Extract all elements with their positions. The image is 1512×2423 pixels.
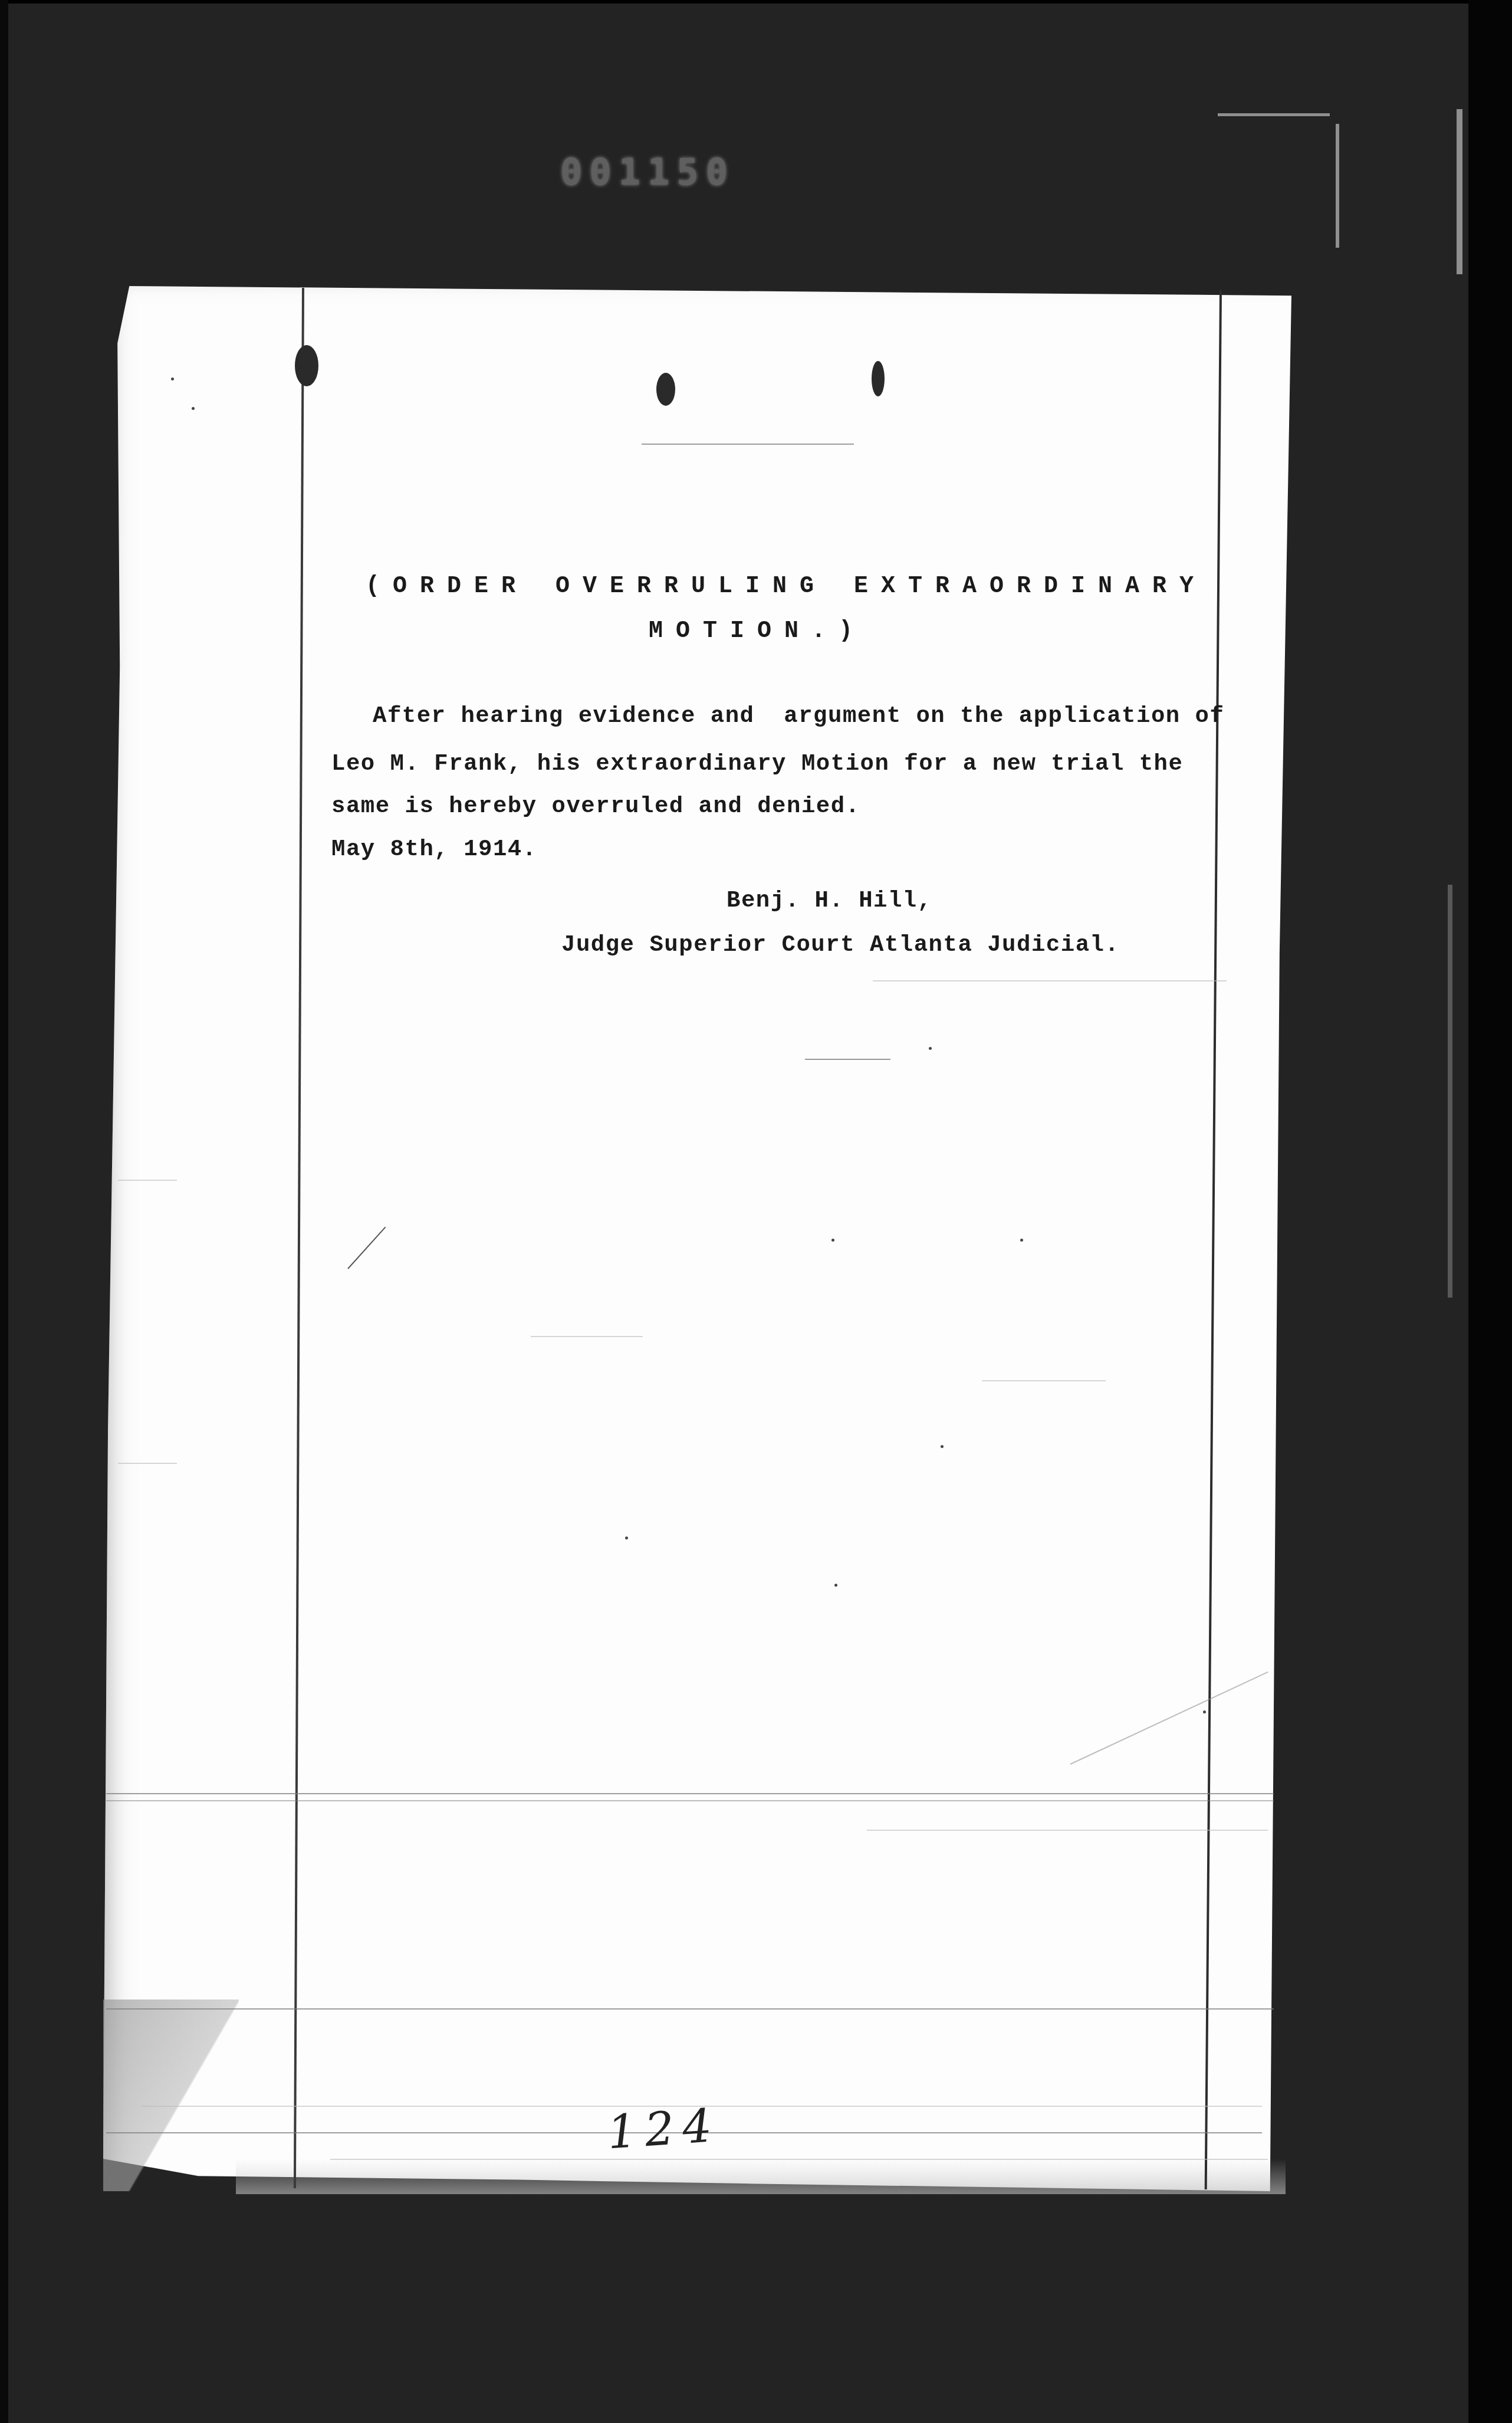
ruled-line xyxy=(805,1059,890,1060)
film-edge-mark xyxy=(1336,124,1339,248)
ruled-line xyxy=(118,1180,177,1181)
ruled-line xyxy=(531,1336,643,1337)
ruled-line xyxy=(642,444,854,445)
punch-hole-right xyxy=(872,361,885,396)
ruled-line xyxy=(118,1463,177,1464)
film-edge-mark xyxy=(1218,113,1330,116)
document-title-line-2: MOTION.) xyxy=(649,618,866,645)
paper-speck xyxy=(192,407,195,410)
document-date: May 8th, 1914. xyxy=(331,836,537,862)
folded-corner-shadow xyxy=(103,2000,239,2191)
ruled-line xyxy=(982,1380,1106,1381)
ruled-line xyxy=(873,980,1227,981)
paper-speck xyxy=(941,1445,944,1448)
body-line-1: After hearing evidence and argument on t… xyxy=(373,703,1224,729)
document-page xyxy=(103,286,1291,2191)
punch-hole-left xyxy=(295,345,318,386)
ruled-line xyxy=(867,1830,1268,1831)
paper-speck xyxy=(1203,1710,1206,1713)
punch-hole-center xyxy=(656,373,675,406)
paper-speck xyxy=(625,1536,628,1539)
body-line-3: same is hereby overruled and denied. xyxy=(331,793,860,819)
signature-title: Judge Superior Court Atlanta Judicial. xyxy=(561,932,1119,958)
ruled-line xyxy=(106,2008,1274,2010)
microfilm-frame-counter: 001150 xyxy=(560,150,735,193)
paper-speck xyxy=(831,1239,834,1242)
body-line-2: Leo M. Frank, his extraordinary Motion f… xyxy=(331,751,1183,777)
page-bottom-shadow xyxy=(236,2159,1286,2194)
paper-speck xyxy=(929,1047,932,1050)
paper-speck xyxy=(1020,1239,1023,1242)
film-edge-mark xyxy=(1457,109,1462,274)
ruled-line xyxy=(106,1793,1274,1794)
signature-name: Benj. H. Hill, xyxy=(727,888,932,914)
film-edge-left xyxy=(0,0,8,2423)
ruled-line xyxy=(106,1800,1274,1801)
film-top-band xyxy=(0,0,1512,4)
film-edge-right xyxy=(1468,0,1512,2423)
paper-speck xyxy=(834,1584,837,1587)
paper-speck xyxy=(171,377,174,380)
handwritten-page-number: 124 xyxy=(606,2099,722,2159)
document-title-line-1: (ORDER OVERRULING EXTRAORDINARY xyxy=(366,573,1207,600)
ruled-line xyxy=(330,2159,1268,2160)
film-edge-mark xyxy=(1448,885,1452,1298)
